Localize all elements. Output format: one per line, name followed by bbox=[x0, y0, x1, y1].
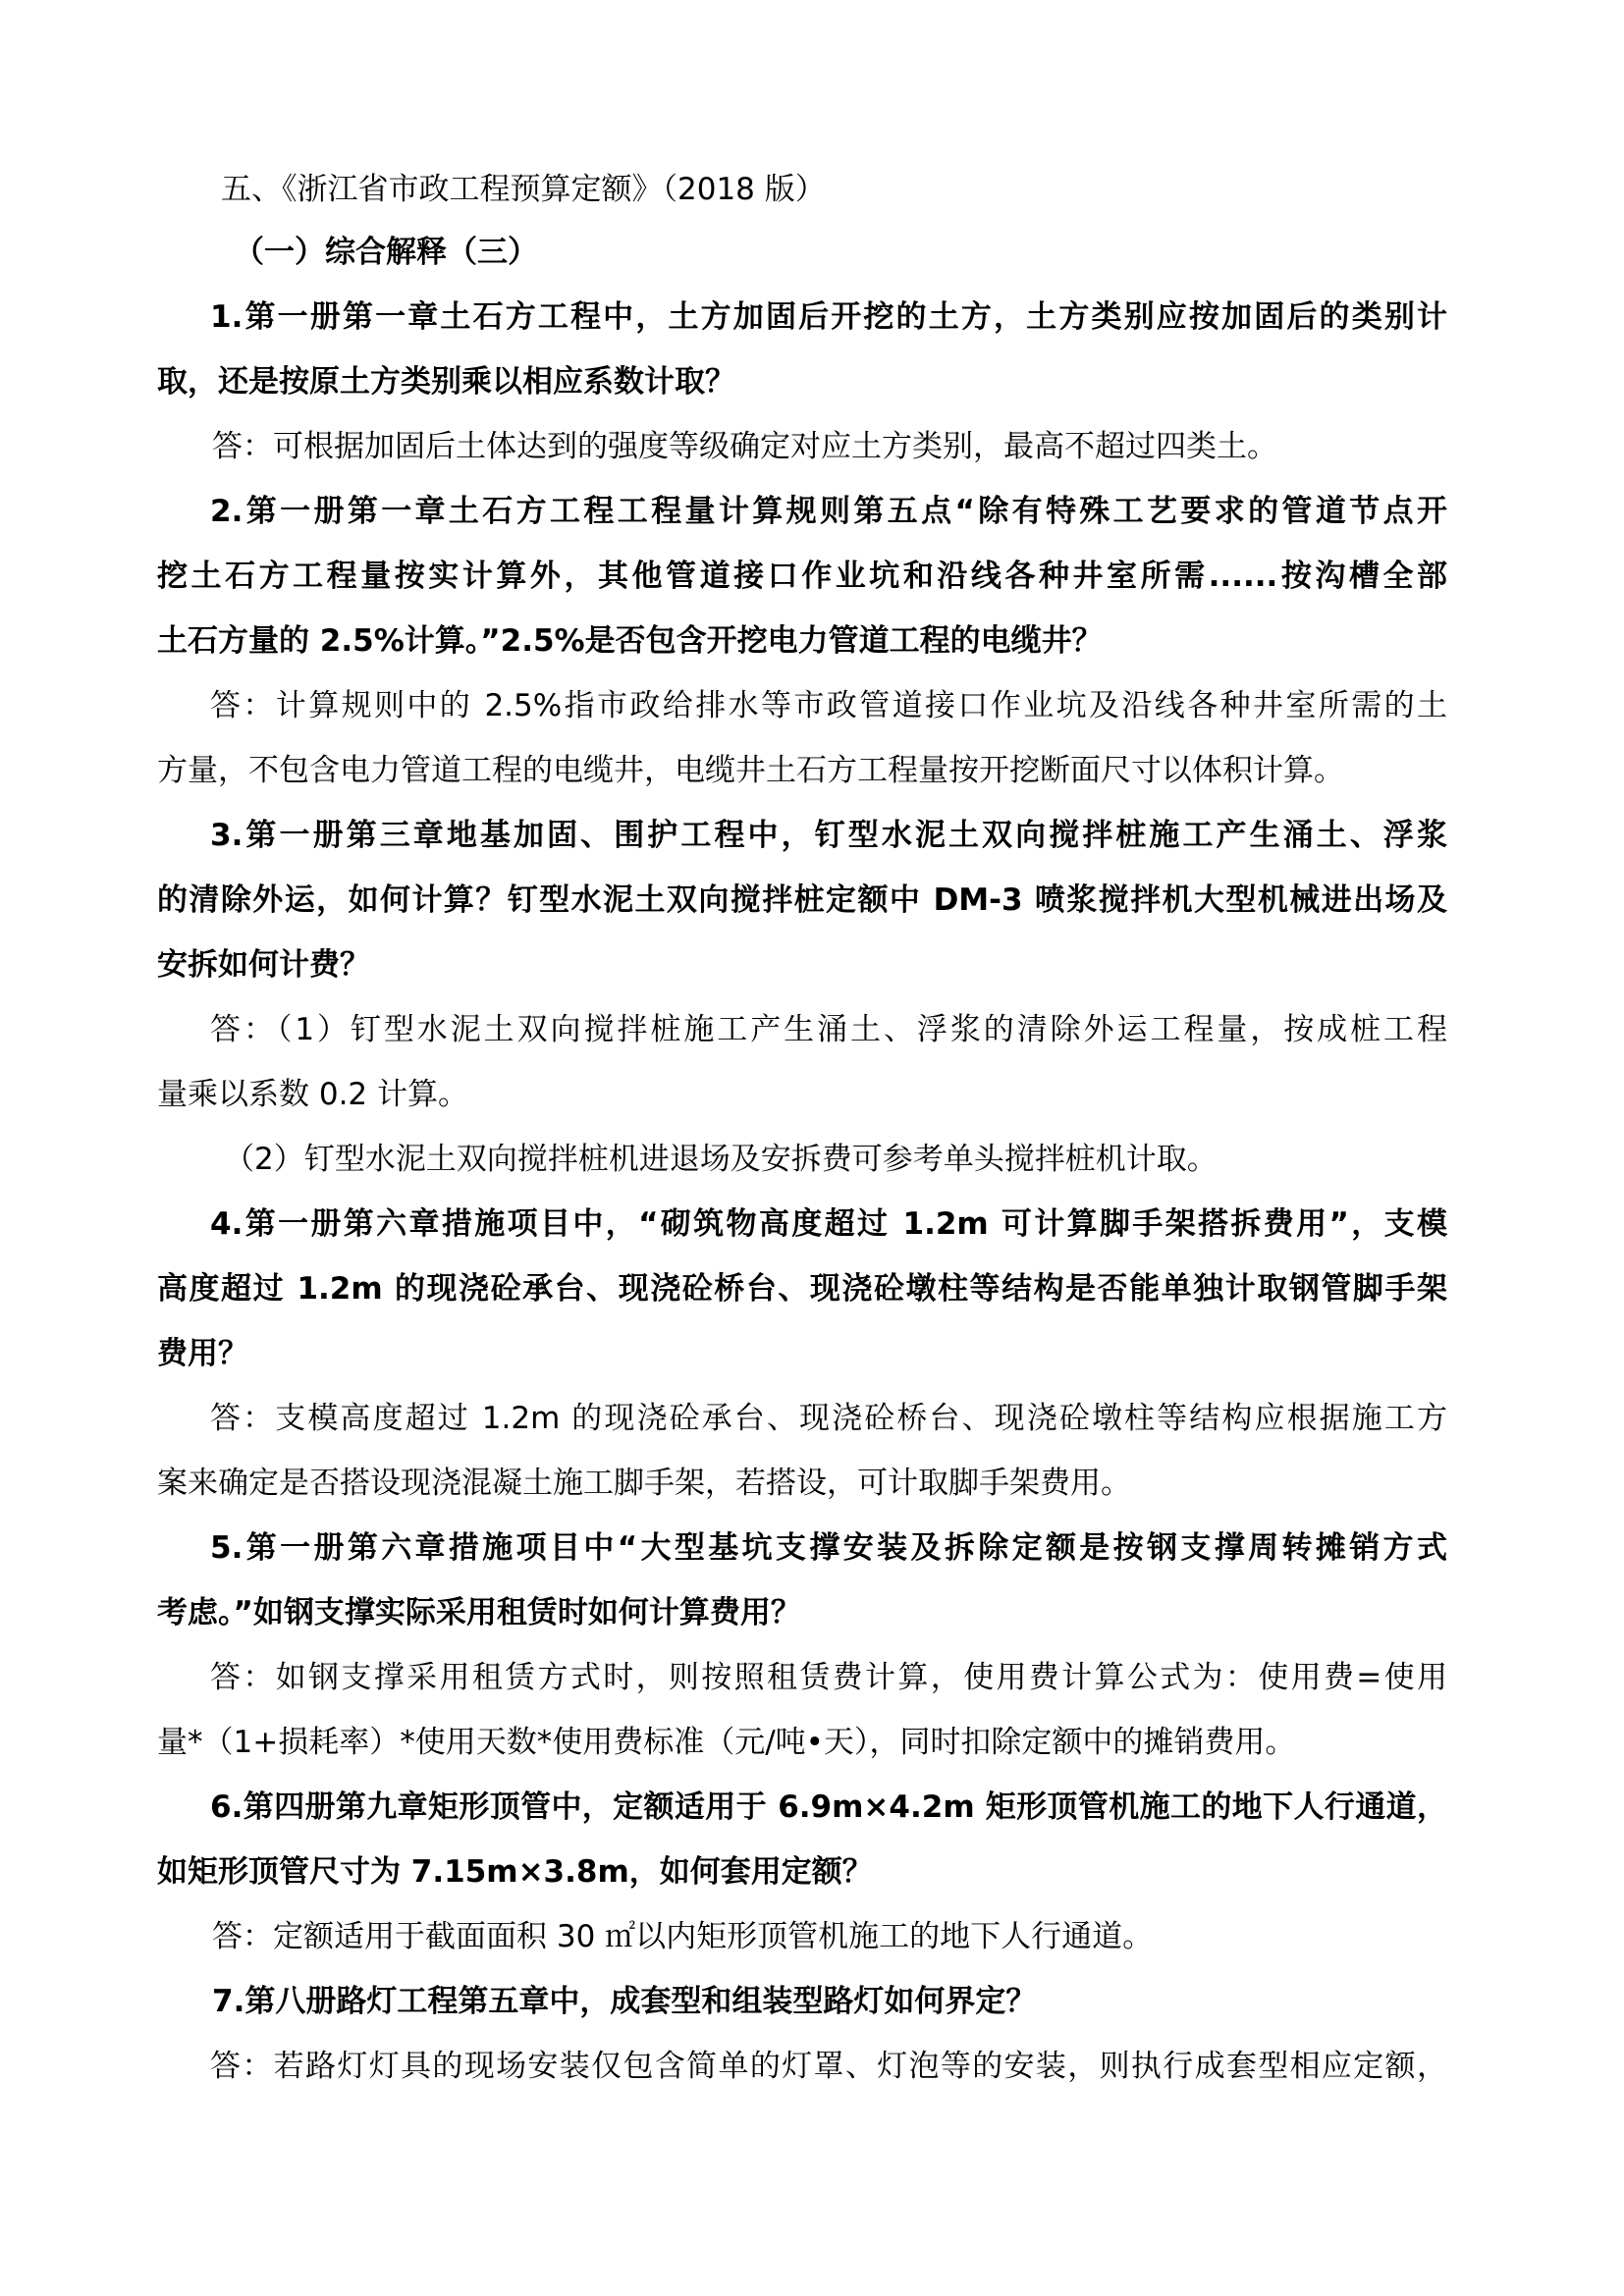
answer-2-line-2: 方量，不包含电力管道工程的电缆井，电缆井土石方工程量按开挖断面尺寸以体积计算。 bbox=[157, 738, 1344, 803]
question-4-line-2: 高度超过 1.2m 的现浇砼承台、现浇砼桥台、现浇砼墩柱等结构是否能单独计取钢管… bbox=[157, 1256, 1447, 1321]
answer-3-line-3: （2）钉型水泥土双向搅拌桩机进退场及安拆费可参考单头搅拌桩机计取。 bbox=[224, 1127, 1218, 1192]
answer-4-line-2: 案来确定是否搭设现浇混凝土施工脚手架，若搭设，可计取脚手架费用。 bbox=[157, 1451, 1131, 1516]
question-3-line-1: 3.第一册第三章地基加固、围护工程中，钉型水泥土双向搅拌桩施工产生涌土、浮浆 bbox=[210, 803, 1447, 868]
question-2-line-3: 土石方量的 2.5%计算。”2.5%是否包含开挖电力管道工程的电缆井？ bbox=[157, 609, 1103, 673]
answer-2-line-1: 答：计算规则中的 2.5%指市政给排水等市政管道接口作业坑及沿线各种井室所需的土 bbox=[210, 673, 1447, 738]
answer-1-line-1: 答：可根据加固后土体达到的强度等级确定对应土方类别，最高不超过四类土。 bbox=[212, 414, 1277, 479]
document-page: 五、《浙江省市政工程预算定额》（2018 版） （一）综合解释（三） 1.第一册… bbox=[0, 0, 1624, 2296]
answer-3-line-1: 答：（1）钉型水泥土双向搅拌桩施工产生涌土、浮浆的清除外运工程量，按成桩工程 bbox=[210, 997, 1447, 1062]
question-4-line-3: 费用？ bbox=[157, 1321, 248, 1386]
question-4-line-1: 4.第一册第六章措施项目中，“砌筑物高度超过 1.2m 可计算脚手架搭拆费用”，… bbox=[210, 1192, 1447, 1256]
document-title: 五、《浙江省市政工程预算定额》（2018 版） bbox=[221, 157, 826, 222]
question-5-line-2: 考虑。”如钢支撑实际采用租赁时如何计算费用？ bbox=[157, 1580, 801, 1645]
answer-7-line-1: 答：若路灯灯具的现场安装仅包含简单的灯罩、灯泡等的安装，则执行成套型相应定额， bbox=[210, 2034, 1447, 2099]
answer-6-line-1: 答：定额适用于截面面积 30 ㎡以内矩形顶管机施工的地下人行通道。 bbox=[212, 1904, 1153, 1969]
question-7-line-1: 7.第八册路灯工程第五章中，成套型和组装型路灯如何界定？ bbox=[212, 1969, 1036, 2034]
question-1-line-2: 取，还是按原土方类别乘以相应系数计取？ bbox=[157, 349, 735, 414]
answer-5-line-1: 答：如钢支撑采用租赁方式时，则按照租赁费计算，使用费计算公式为：使用费=使用 bbox=[210, 1645, 1447, 1710]
question-2-line-1: 2.第一册第一章土石方工程工程量计算规则第五点“除有特殊工艺要求的管道节点开 bbox=[210, 479, 1447, 544]
question-1-line-1: 1.第一册第一章土石方工程中，土方加固后开挖的土方，土方类别应按加固后的类别计 bbox=[210, 285, 1447, 349]
question-2-line-2: 挖土石方工程量按实计算外，其他管道接口作业坑和沿线各种井室所需......按沟槽… bbox=[157, 544, 1447, 609]
answer-4-line-1: 答：支模高度超过 1.2m 的现浇砼承台、现浇砼桥台、现浇砼墩柱等结构应根据施工… bbox=[210, 1386, 1447, 1451]
question-5-line-1: 5.第一册第六章措施项目中“大型基坑支撑安装及拆除定额是按钢支撑周转摊销方式 bbox=[210, 1516, 1447, 1580]
question-3-line-3: 安拆如何计费？ bbox=[157, 933, 370, 997]
question-6-line-2: 如矩形顶管尺寸为 7.15m×3.8m，如何套用定额？ bbox=[157, 1840, 873, 1904]
answer-5-line-2: 量*（1+损耗率）*使用天数*使用费标准（元/吨•天），同时扣除定额中的摊销费用… bbox=[157, 1710, 1295, 1775]
section-heading: （一）综合解释（三） bbox=[234, 220, 538, 285]
answer-3-line-2: 量乘以系数 0.2 计算。 bbox=[157, 1062, 468, 1127]
question-3-line-2: 的清除外运，如何计算？钉型水泥土双向搅拌桩定额中 DM-3 喷浆搅拌机大型机械进… bbox=[157, 868, 1447, 933]
question-6-line-1: 6.第四册第九章矩形顶管中，定额适用于 6.9m×4.2m 矩形顶管机施工的地下… bbox=[210, 1775, 1447, 1840]
